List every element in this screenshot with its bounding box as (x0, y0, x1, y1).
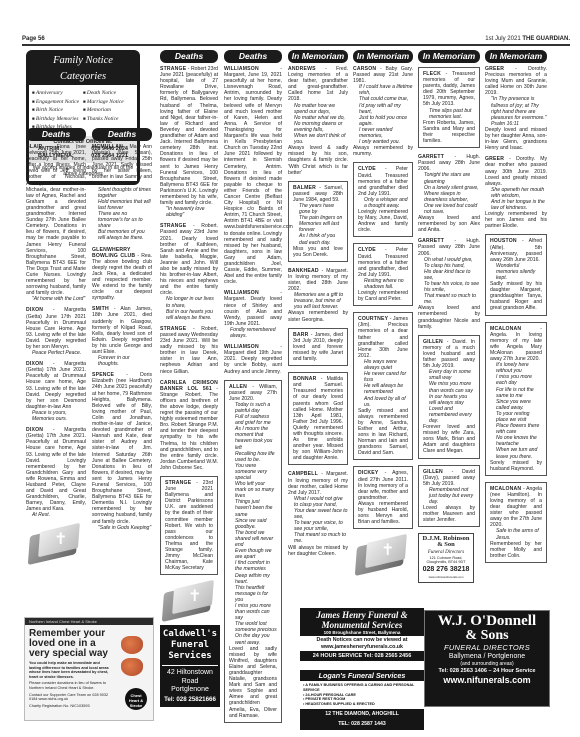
james-henry-ad[interactable]: James Henry Funeral & Monumental Service… (300, 608, 424, 661)
notice: GARRETT - Hugh. Passed away 28th June 20… (418, 154, 480, 233)
notice: MCALONAN - Angela (nee Hamilton). In lov… (485, 482, 547, 563)
notice: FLECK - Treasured memories of our parent… (418, 67, 480, 148)
wj-odonnell-ad[interactable]: W.J. O'Donnell & Sons FUNERAL DIRECTORS … (424, 610, 550, 707)
heart-icon (121, 636, 143, 654)
category-item: Marriage Notice (83, 98, 134, 107)
notice: BONNAR - Matilda and Samuel. Treasured m… (288, 372, 348, 465)
notice-box: STRANGE - 23rd June 2021 Ballymena and D… (160, 476, 218, 575)
notice: GREER - Dorothy. Precious memories of a … (485, 66, 547, 151)
notice: DIXON - Margretta (Getta) June 17th 2021… (26, 307, 86, 356)
col-memoriam-3: In Memoriam FLECK - Treasured memories o… (418, 50, 480, 583)
notice: GREER - Dorothy. My dear mother who pass… (485, 156, 547, 229)
deaths-heading: Deaths (224, 50, 282, 63)
heart-icon (121, 658, 143, 676)
col-memoriam-4: In Memoriam GREER - Dorothy. Precious me… (485, 50, 547, 569)
notice: STRANGE - Robert. Passed away 23rd June … (160, 223, 218, 321)
logans-ad[interactable]: Logan's Funeral Services • A FAMILY BUSI… (300, 670, 424, 730)
col-memoriam-2: In Memoriam CARSON - Baby Gary. Passed a… (353, 50, 413, 579)
notice: CLYDE - Peter David. Treasured memories … (353, 162, 413, 237)
notice: GILLEN - David. In memory of a much love… (418, 335, 480, 459)
notice: WILLIAMSON - Margaret died 19th June 202… (224, 344, 282, 374)
category-item: Death Notice (83, 89, 134, 98)
page-header: Page 56 1st July 2021 THE GUARDIAN. (22, 32, 570, 46)
memoriam-heading: In Memoriam (353, 50, 413, 63)
notice: HOUSTON - Alfred (Alfie). 5th Anniversar… (485, 234, 547, 315)
memoriam-heading: In Memoriam (288, 50, 348, 63)
notice: SPENCE - Doris Elizabeth (nee Hardham) 2… (92, 372, 152, 530)
col-memoriam-1: In Memoriam ANDREWS - Fred. Loving memor… (288, 50, 348, 562)
notice: CARNLEA CRIMSON BANNER LOL 561 - Strange… (160, 380, 218, 471)
notice: DIXON - Margretta (Gretta) 17th June 202… (26, 427, 86, 518)
category-item: Thanks Notice (83, 115, 134, 124)
notice: BANKHEAD - Margaret. In loving memory of… (288, 268, 348, 323)
memoriam-heading: In Memoriam (485, 50, 547, 63)
category-item: Birth Notice (32, 106, 83, 115)
notice: CLYDE - Peter David. Treasured memories … (353, 243, 413, 306)
memoriam-heading: In Memoriam (418, 50, 480, 63)
notice: MCALONAN - Angela. In loving memory of m… (485, 322, 547, 476)
bible-image: ✝ (160, 581, 216, 621)
notice: CARSON - Baby Gary. Passed away 21st Jun… (353, 66, 413, 157)
col-deaths-4: Deaths WILLIAMSON - Margaret, June 19, 2… (224, 50, 282, 729)
notice: DIXON - Margretta (Gretta) 17th June 202… (26, 361, 86, 422)
deaths-heading: Deaths (160, 50, 218, 63)
notice: BLAIR - Fiona (nee Selwood) 25th June 20… (26, 144, 86, 302)
notice: GARRETT - Hugh. Passed away 28th June 20… (418, 238, 480, 329)
notice: BARR - James, died 3rd July 2010, deeply… (288, 328, 348, 366)
notice: GLENWHERRY BOWLING CLUB - Rea. The above… (92, 247, 152, 302)
notice: CAMPBELL - Margaret. In loving memory of… (288, 471, 348, 556)
chest-heart-stroke-ad[interactable]: Northern Ireland Chest Heart & Stroke Re… (24, 617, 154, 721)
notice: GILLEN - David (Davy), passed away 5th J… (418, 465, 480, 528)
bible-image: ✝ (353, 535, 409, 575)
caldwells-ad[interactable]: Caldwell's Funeral Services 42 Hiltonsto… (160, 625, 220, 707)
notice: MCMULLAN - Mary Ann (Maisie), (Nee Susan… (92, 144, 152, 242)
notice: STRANGE - Robert 23rd June 2021 (peacefu… (160, 66, 218, 218)
category-item: Engagement Notice (32, 98, 83, 107)
category-item: Memoriam (83, 106, 134, 115)
category-item: Anniversary (32, 89, 83, 98)
notice: BALMER - Samuel, passed away 28th June 1… (288, 181, 348, 262)
col-deaths-2: Deaths MCMULLAN - Mary Ann (Maisie), (Ne… (92, 128, 152, 536)
notice-box: ALLEN - William, passed away 27th June 2… (224, 380, 282, 723)
deaths-heading: Deaths (92, 128, 152, 141)
bible-image: ✝ (26, 524, 82, 564)
chs-logo: Chest Heart & Stroke (125, 688, 147, 710)
col-deaths-3: Deaths STRANGE - Robert 23rd June 2021 (… (160, 50, 218, 707)
category-item: Birthday Memories (32, 115, 83, 124)
djm-robinson-ad[interactable]: D.J.M. Robinson & Son Funeral Directors … (418, 533, 474, 583)
categories-title: Family Notice Categories (29, 53, 137, 85)
notice: WILLIAMSON - Margaret, June 19, 2021 pea… (224, 66, 282, 285)
col-deaths-1: Deaths BLAIR - Fiona (nee Selwood) 25th … (26, 128, 86, 568)
deaths-heading: Deaths (26, 128, 86, 141)
notice: STRANGE - Robert, passed away Wednesday … (160, 326, 218, 375)
notice: DICKEY - Agnes, died 27th June 2011. In … (353, 466, 413, 529)
notice: COURTNEY - James (Jim). Precious memorie… (353, 312, 413, 460)
notice: WILLIAMSON - Margaret. Dearly loved niec… (224, 290, 282, 339)
notice: SMITH - Alan James, 18th June 2021, died… (92, 306, 152, 367)
notice: ANDREWS - Fred. Loving memories of a dea… (288, 66, 348, 176)
page-number: Page 56 (22, 36, 45, 42)
page-date: 1st July 2021 THE GUARDIAN. (485, 36, 570, 42)
